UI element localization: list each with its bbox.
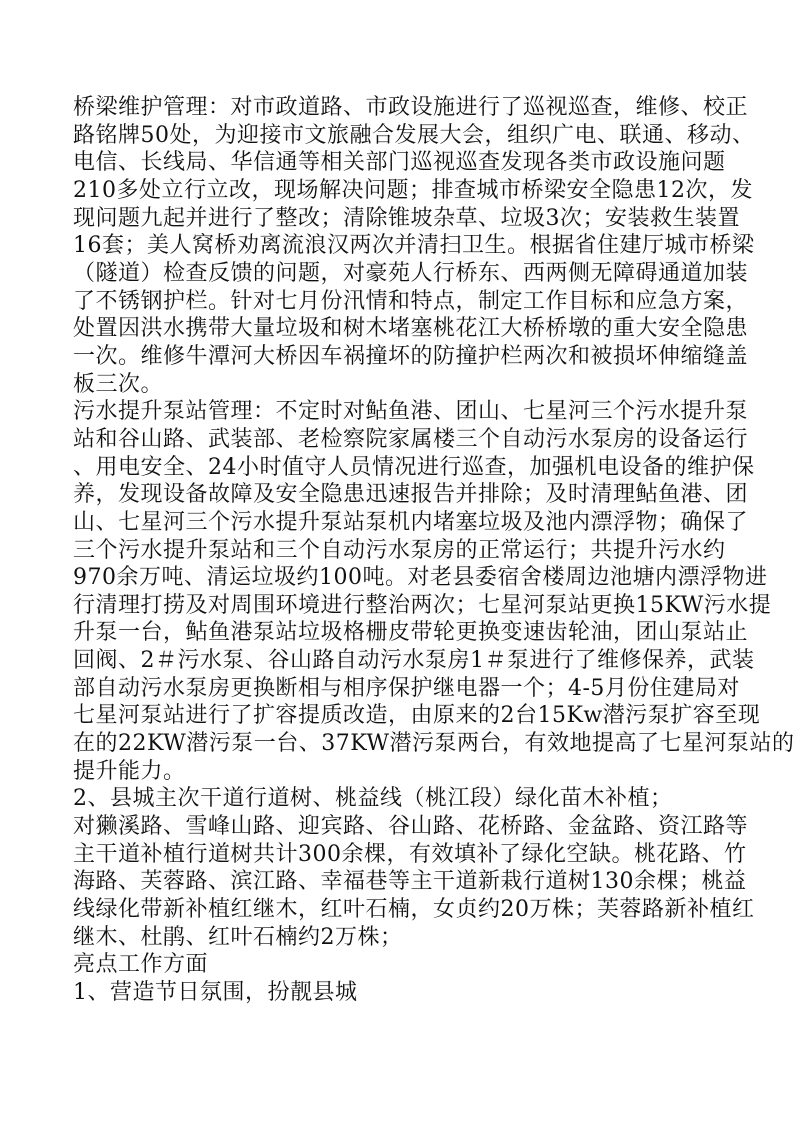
paragraph-line: 养，发现设备故障及安全隐患迅速报告并排除；及时清理鲇鱼港、团 [73,481,723,509]
section-heading: 亮点工作方面 [73,951,723,979]
paragraph-line: 七星河泵站进行了扩容提质改造，由原来的2台15Kw潜污泵扩容至现 [73,702,723,730]
paragraph-line: 提升能力。 [73,758,723,786]
paragraph-line: 、用电安全、24小时值守人员情况进行巡查，加强机电设备的维护保 [73,454,723,482]
paragraph-line: 对獭溪路、雪峰山路、迎宾路、谷山路、花桥路、金盆路、资江路等 [73,813,723,841]
paragraph-line: 主干道补植行道树共计300余棵，有效填补了绿化空缺。桃花路、竹 [73,841,723,869]
paragraph-line: 桥梁维护管理：对市政道路、市政设施进行了巡视巡查，维修、校正 [73,94,723,122]
paragraph-line: 一次。维修牛潭河大桥因车祸撞坏的防撞护栏两次和被损坏伸缩缝盖 [73,343,723,371]
paragraph-line: 路铭牌50处，为迎接市文旅融合发展大会，组织广电、联通、移动、 [73,122,723,150]
paragraph-line: 继木、杜鹃、红叶石楠约2万株； [73,924,723,952]
section-heading: 2、县城主次干道行道树、桃益线（桃江段）绿化苗木补植； [73,785,723,813]
document-page: 桥梁维护管理：对市政道路、市政设施进行了巡视巡查，维修、校正 路铭牌50处，为迎… [0,0,793,1122]
paragraph-line: 16套；美人窝桥劝离流浪汉两次并清扫卫生。根据省住建厅城市桥梁 [73,232,723,260]
paragraph-line: 板三次。 [73,371,723,399]
paragraph-line: 污水提升泵站管理：不定时对鲇鱼港、团山、七星河三个污水提升泵 [73,398,723,426]
paragraph-line: （隧道）检查反馈的问题，对豪苑人行桥东、西两侧无障碍通道加装 [73,260,723,288]
paragraph-line: 回阀、2＃污水泵、谷山路自动污水泵房1＃泵进行了维修保养，武装 [73,647,723,675]
paragraph-line: 电信、长线局、华信通等相关部门巡视巡查发现各类市政设施问题 [73,149,723,177]
paragraph-line: 现问题九起并进行了整改；清除锥坡杂草、垃圾3次；安装救生装置 [73,205,723,233]
paragraph-line: 站和谷山路、武装部、老检察院家属楼三个自动污水泵房的设备运行 [73,426,723,454]
paragraph-line: 210多处立行立改，现场解决问题；排查城市桥梁安全隐患12次，发 [73,177,723,205]
paragraph-line: 三个污水提升泵站和三个自动污水泵房的正常运行；共提升污水约 [73,537,723,565]
paragraph-line: 升泵一台，鲇鱼港泵站垃圾格栅皮带轮更换变速齿轮油，团山泵站止 [73,619,723,647]
paragraph-line: 了不锈钢护栏。针对七月份汛情和特点，制定工作目标和应急方案， [73,288,723,316]
paragraph-line: 处置因洪水携带大量垃圾和树木堵塞桃花江大桥桥墩的重大安全隐患 [73,315,723,343]
paragraph-line: 山、七星河三个污水提升泵站泵机内堵塞垃圾及池内漂浮物；确保了 [73,509,723,537]
section-heading: 1、营造节日氛围，扮靓县城 [73,979,723,1007]
document-body: 桥梁维护管理：对市政道路、市政设施进行了巡视巡查，维修、校正 路铭牌50处，为迎… [73,94,723,1007]
paragraph-line: 海路、芙蓉路、滨江路、幸福巷等主干道新栽行道树130余棵；桃益 [73,868,723,896]
paragraph-line: 部自动污水泵房更换断相与相序保护继电器一个；4-5月份住建局对 [73,675,723,703]
paragraph-line: 在的22KW潜污泵一台、37KW潜污泵两台，有效地提高了七星河泵站的 [73,730,723,758]
paragraph-line: 线绿化带新补植红继木，红叶石楠，女贞约20万株；芙蓉路新补植红 [73,896,723,924]
paragraph-line: 行清理打捞及对周围环境进行整治两次；七星河泵站更换15KW污水提 [73,592,723,620]
paragraph-line: 970余万吨、清运垃圾约100吨。对老县委宿舍楼周边池塘内漂浮物进 [73,564,723,592]
